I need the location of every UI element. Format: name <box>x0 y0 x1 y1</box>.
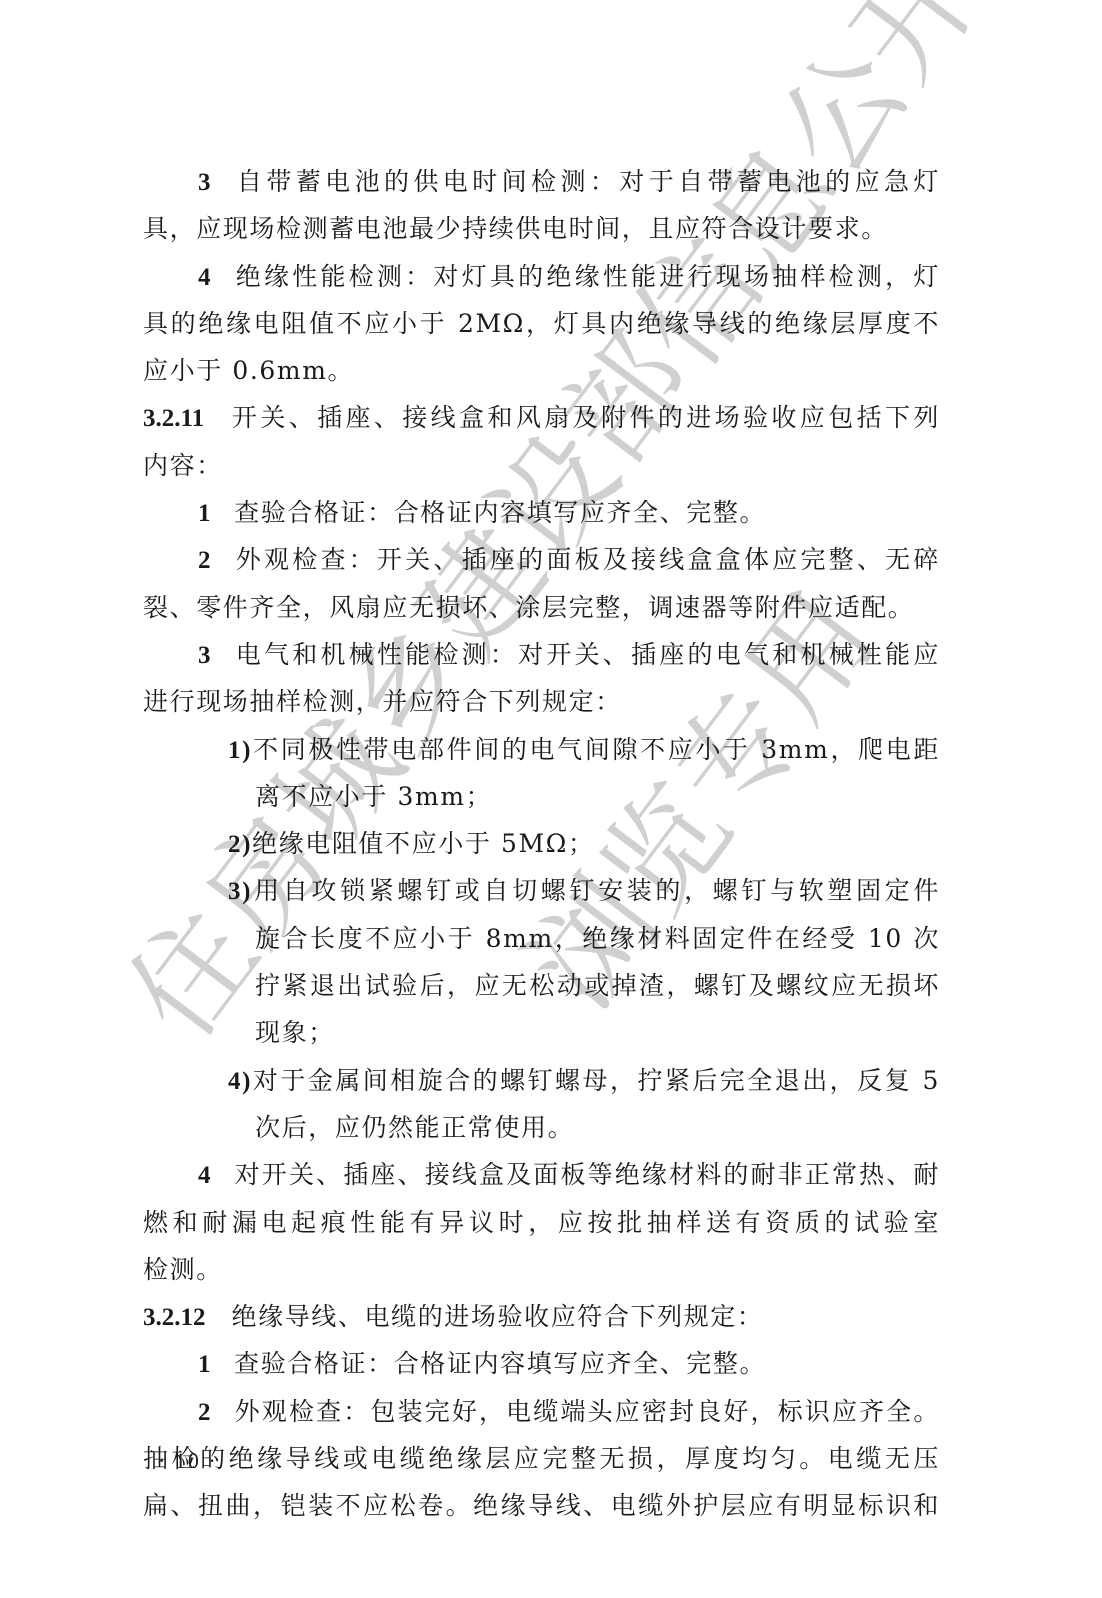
section-3-2-12-heading: 3.2.12绝缘导线、电缆的进场验收应符合下列规定： <box>143 1293 940 1340</box>
item-3-line-2: 具，应现场检测蓄电池最少持续供电时间，且应符合设计要求。 <box>143 205 940 252</box>
subitem-4-line-1: 4)对于金属间相旋合的螺钉螺母，拧紧后完全退出，反复 5 <box>143 1057 940 1104</box>
item-4-line-2: 具的绝缘电阻值不应小于 2MΩ，灯具内绝缘导线的绝缘层厚度不 <box>143 300 940 347</box>
item-2-cable-appearance-line-3: 扁、扭曲，铠装不应松卷。绝缘导线、电缆外护层应有明显标识和 <box>143 1482 940 1529</box>
subitem-4-line-2: 次后，应仍然能正常使用。 <box>143 1104 940 1151</box>
section-3-2-11-line-2: 内容： <box>143 442 940 489</box>
item-4-line-3: 应小于 0.6mm。 <box>143 347 940 394</box>
item-2-cable-appearance-line-2: 抽检的绝缘导线或电缆绝缘层应完整无损，厚度均匀。电缆无压 <box>143 1435 940 1482</box>
item-4-dispute-line-2: 燃和耐漏电起痕性能有异议时，应按批抽样送有资质的试验室 <box>143 1199 940 1246</box>
item-1-certificate: 1查验合格证：合格证内容填写应齐全、完整。 <box>143 489 940 536</box>
item-4-dispute-line-3: 检测。 <box>143 1246 940 1293</box>
item-4-dispute-line-1: 4对开关、插座、接线盒及面板等绝缘材料的耐非正常热、耐 <box>143 1151 940 1198</box>
subitem-3-line-3: 拧紧退出试验后，应无松动或掉渣，螺钉及螺纹应无损坏 <box>143 962 940 1009</box>
item-1-cable-certificate: 1查验合格证：合格证内容填写应齐全、完整。 <box>143 1340 940 1387</box>
item-3-electrical-line-2: 进行现场抽样检测，并应符合下列规定： <box>143 678 940 725</box>
subitem-2: 2)绝缘电阻值不应小于 5MΩ； <box>143 820 940 867</box>
item-3-electrical-line-1: 3电气和机械性能检测：对开关、插座的电气和机械性能应 <box>143 631 940 678</box>
subitem-1-line-1: 1)不同极性带电部件间的电气间隙不应小于 3mm，爬电距 <box>143 726 940 773</box>
item-3-line-1: 3自带蓄电池的供电时间检测：对于自带蓄电池的应急灯 <box>143 158 940 205</box>
item-2-cable-appearance-line-1: 2外观检查：包装完好，电缆端头应密封良好，标识应齐全。 <box>143 1388 940 1435</box>
item-4-line-1: 4绝缘性能检测：对灯具的绝缘性能进行现场抽样检测，灯 <box>143 253 940 300</box>
item-2-appearance-line-2: 裂、零件齐全，风扇应无损坏、涂层完整，调速器等附件应适配。 <box>143 584 940 631</box>
subitem-3-line-2: 旋合长度不应小于 8mm，绝缘材料固定件在经受 10 次 <box>143 915 940 962</box>
document-body: 3自带蓄电池的供电时间检测：对于自带蓄电池的应急灯 具，应现场检测蓄电池最少持续… <box>143 158 940 1530</box>
subitem-3-line-4: 现象； <box>143 1009 940 1056</box>
item-2-appearance-line-1: 2外观检查：开关、插座的面板及接线盒盒体应完整、无碎 <box>143 536 940 583</box>
subitem-3-line-1: 3)用自攻锁紧螺钉或自切螺钉安装的，螺钉与软塑固定件 <box>143 867 940 914</box>
page-number: · 10 · <box>158 1448 218 1474</box>
subitem-1-line-2: 离不应小于 3mm； <box>143 773 940 820</box>
section-3-2-11-heading: 3.2.11开关、插座、接线盒和风扇及附件的进场验收应包括下列 <box>143 394 940 441</box>
